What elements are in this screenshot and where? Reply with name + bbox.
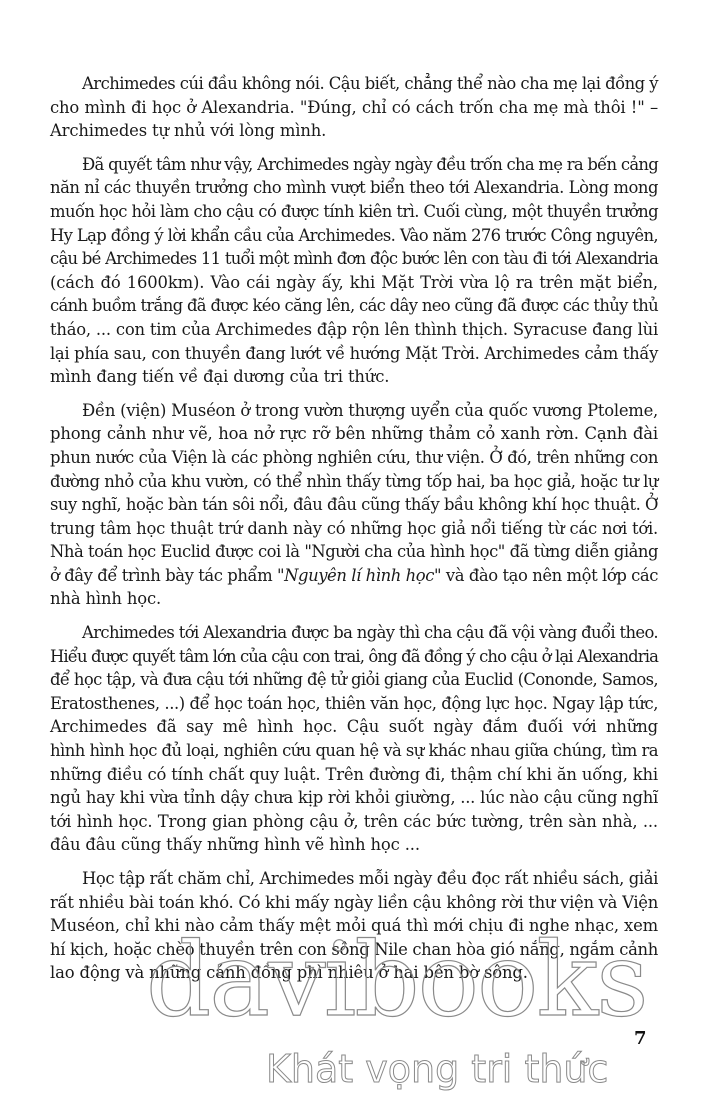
text-line: tháo, ... con tim của Archimedes đập rộn…	[50, 318, 658, 342]
text-line: Eratosthenes, ...) để học toán học, thiê…	[50, 692, 658, 716]
text-line: những điều có tính chất quy luật. Trên đ…	[50, 763, 658, 787]
text-line: lại phía sau, con thuyền đang lướt về hư…	[50, 342, 658, 366]
text-line: nhà hình học.	[50, 587, 658, 611]
text-line: Đã quyết tâm như vậy, Archimedes ngày ng…	[50, 153, 658, 177]
text-fragment: ở đây để trình bày tác phẩm	[50, 566, 277, 585]
text-line: tới hình học. Trong gian phòng cậu ở, tr…	[50, 810, 658, 834]
text-line: mình đang tiến về đại dương của tri thức…	[50, 365, 658, 389]
page-body: Archimedes cúi đầu không nói. Cậu biết, …	[50, 72, 658, 995]
text-line: phun nước của Viện là các phòng nghiên c…	[50, 446, 658, 470]
text-line: ngủ hay khi vừa tỉnh dậy chưa kịp rời kh…	[50, 786, 658, 810]
text-line: cho mình đi học ở Alexandria. "Đúng, chỉ…	[50, 96, 658, 120]
text-line: cậu bé Archimedes 11 tuổi một mình đơn đ…	[50, 247, 658, 271]
text-line: suy nghĩ, hoặc bàn tán sôi nổi, đâu đâu …	[50, 493, 658, 517]
text-line: phong cảnh như vẽ, hoa nở rực rỡ bên nhữ…	[50, 422, 658, 446]
text-line: rất nhiều bài toán khó. Có khi mấy ngày …	[50, 891, 658, 915]
text-fragment: và đào tạo nên một lớp các	[441, 566, 658, 585]
paragraph-1: Archimedes cúi đầu không nói. Cậu biết, …	[50, 72, 658, 143]
text-line: Hy Lạp đồng ý lời khẩn cầu của Archimede…	[50, 224, 658, 248]
watermark-slogan: Khát vọng tri thức	[266, 1050, 608, 1088]
paragraph-4: Archimedes tới Alexandria được ba ngày t…	[50, 621, 658, 857]
text-line: muốn học hỏi làm cho cậu có được tính ki…	[50, 200, 658, 224]
text-line: năn nỉ các thuyền trưởng cho mình vượt b…	[50, 176, 658, 200]
text-line: Archimedes cúi đầu không nói. Cậu biết, …	[50, 72, 658, 96]
text-line: trung tâm học thuật trứ danh này có nhữn…	[50, 517, 658, 541]
text-line: Archimedes tới Alexandria được ba ngày t…	[50, 621, 658, 645]
text-line: Học tập rất chăm chỉ, Archimedes mỗi ngà…	[50, 867, 658, 891]
text-line: Đền (viện) Muséon ở trong vườn thượng uy…	[50, 399, 658, 423]
text-line: đường nhỏ của khu vườn, có thể nhìn thấy…	[50, 470, 658, 494]
text-line: Archimedes tự nhủ với lòng mình.	[50, 119, 658, 143]
text-line: (cách đó 1600km). Vào cái ngày ấy, khi M…	[50, 271, 658, 295]
text-line-with-book-title: ở đây để trình bày tác phẩm "Nguyên lí h…	[50, 564, 658, 588]
text-line: hình hình học đủ loại, nghiên cứu quan h…	[50, 739, 658, 763]
paragraph-2: Đã quyết tâm như vậy, Archimedes ngày ng…	[50, 153, 658, 389]
text-line: cánh buồm trắng đã được kéo căng lên, cá…	[50, 294, 658, 318]
text-line: đâu đâu cũng thấy những hình vẽ hình học…	[50, 833, 658, 857]
paragraph-3: Đền (viện) Muséon ở trong vườn thượng uy…	[50, 399, 658, 611]
text-line: Nhà toán học Euclid được coi là "Người c…	[50, 540, 658, 564]
page-number: 7	[634, 1028, 647, 1049]
book-title-italic: "Nguyên lí hình học"	[277, 566, 441, 585]
watermark-logo: davibooks	[146, 930, 647, 1032]
text-line: để học tập, và đưa cậu tới những đệ tử g…	[50, 668, 658, 692]
text-line: Hiểu được quyết tâm lớn của cậu con trai…	[50, 645, 658, 669]
text-line: Archimedes đã say mê hình học. Cậu suốt …	[50, 715, 658, 739]
